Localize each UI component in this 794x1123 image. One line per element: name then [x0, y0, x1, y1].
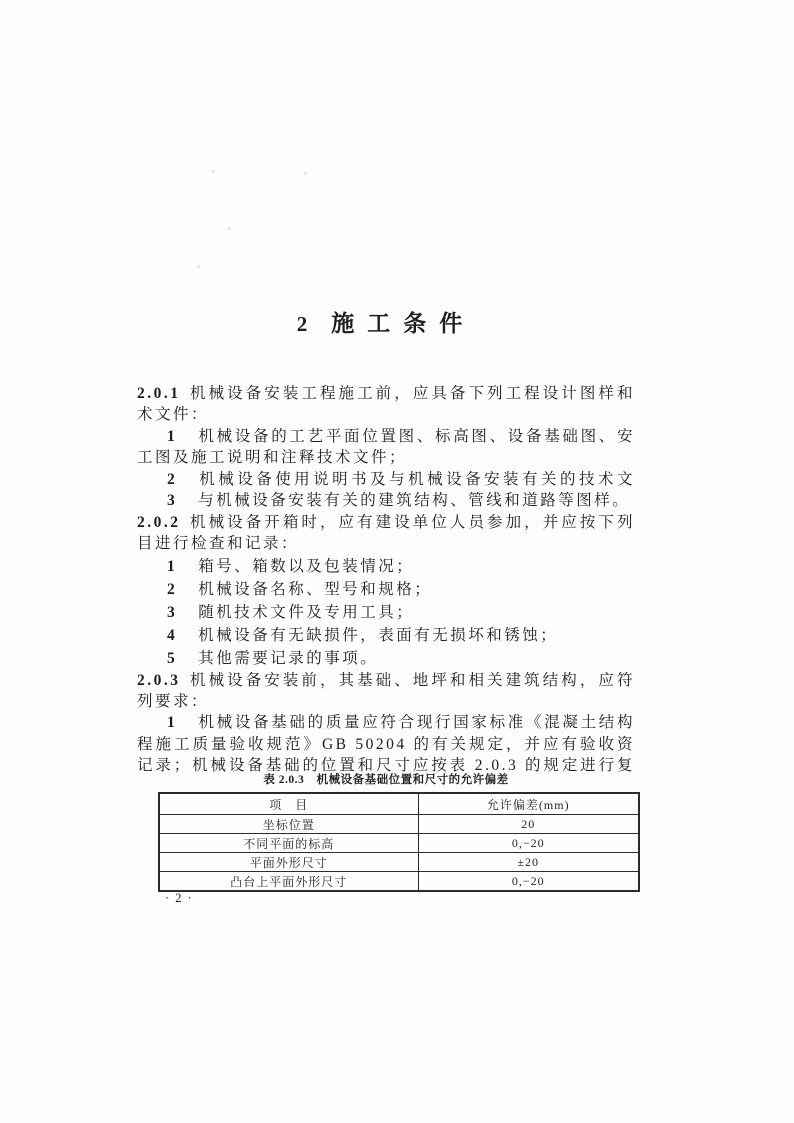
line-text: 工图及施工说明和注释技术文件； [137, 449, 407, 466]
chapter-title: 2 施工条件 [137, 310, 635, 338]
table-caption-number: 表 2.0.3 [263, 774, 304, 786]
text-line: 目进行检查和记录： [137, 533, 635, 554]
tolerance-table-body: 坐标位置20不同平面的标高0,−20平面外形尺寸±20凸台上平面外形尺寸0,−2… [159, 815, 639, 892]
column-header-item: 项 目 [159, 793, 418, 815]
text-line: 1机械设备基础的质量应符合现行国家标准《混凝土结构工 [137, 712, 635, 733]
text-line: 工图及施工说明和注释技术文件； [137, 447, 635, 468]
text-line: 1机械设备的工艺平面位置图、标高图、设备基础图、安装施 [137, 426, 635, 447]
line-text: 机械设备开箱时，应有建设单位人员参加，并应按下列项 [137, 514, 635, 533]
table-caption-text: 机械设备基础位置和尺寸的允许偏差 [317, 774, 509, 786]
item-number: 4 [167, 627, 177, 644]
text-line: 2.0.1机械设备安装工程施工前，应具备下列工程设计图样和技 [137, 383, 635, 404]
table-header-row: 项 目 允许偏差(mm) [159, 793, 639, 815]
section-number: 2.0.1 [137, 385, 181, 402]
body-text-block: 2.0.1机械设备安装工程施工前，应具备下列工程设计图样和技术文件：1机械设备的… [137, 383, 635, 777]
line-text: 机械设备安装前，其基础、地坪和相关建筑结构，应符合下 [137, 672, 635, 691]
tolerance-cell: 0,−20 [418, 872, 639, 892]
item-cell: 坐标位置 [159, 815, 418, 834]
tolerance-table: 项 目 允许偏差(mm) 坐标位置20不同平面的标高0,−20平面外形尺寸±20… [158, 792, 640, 892]
text-line: 3与机械设备安装有关的建筑结构、管线和道路等图样。 [137, 490, 635, 511]
text-line: 1箱号、箱数以及包装情况； [137, 555, 635, 578]
item-number: 2 [167, 581, 177, 598]
item-number: 1 [167, 558, 177, 575]
scan-speck [304, 172, 307, 175]
line-text: 程施工质量验收规范》GB 50204 的有关规定，并应有验收资料和 [137, 736, 635, 755]
item-cell: 不同平面的标高 [159, 834, 418, 853]
line-text: 机械设备有无缺损件，表面有无损坏和锈蚀； [198, 627, 558, 644]
text-line: 4机械设备有无缺损件，表面有无损坏和锈蚀； [137, 624, 635, 647]
text-line: 术文件： [137, 404, 635, 425]
column-header-tolerance: 允许偏差(mm) [418, 793, 639, 815]
text-line: 5其他需要记录的事项。 [137, 647, 635, 670]
item-cell: 平面外形尺寸 [159, 853, 418, 872]
item-cell: 凸台上平面外形尺寸 [159, 872, 418, 892]
line-text: 与机械设备安装有关的建筑结构、管线和道路等图样。 [198, 492, 630, 509]
line-text: 术文件： [137, 406, 209, 423]
line-text: 随机技术文件及专用工具； [198, 604, 414, 621]
scanned-document-page: 2 施工条件 2.0.1机械设备安装工程施工前，应具备下列工程设计图样和技术文件… [0, 0, 794, 1123]
scan-speck [212, 170, 215, 173]
text-line: 程施工质量验收规范》GB 50204 的有关规定，并应有验收资料和 [137, 734, 635, 755]
table-row: 坐标位置20 [159, 815, 639, 834]
line-text: 机械设备的工艺平面位置图、标高图、设备基础图、安装施 [167, 428, 635, 447]
item-number: 3 [167, 604, 177, 621]
text-line: 3随机技术文件及专用工具； [137, 601, 635, 624]
table-row: 凸台上平面外形尺寸0,−20 [159, 872, 639, 892]
text-line: 2.0.2机械设备开箱时，应有建设单位人员参加，并应按下列项 [137, 512, 635, 533]
section-number: 2.0.3 [137, 672, 181, 689]
item-number: 1 [167, 714, 177, 731]
text-line: 列要求： [137, 691, 635, 712]
page-number: · 2 · [165, 891, 193, 905]
item-number: 5 [167, 650, 177, 667]
text-line: 2机械设备名称、型号和规格； [137, 578, 635, 601]
table-row: 平面外形尺寸±20 [159, 853, 639, 872]
text-line: 2机械设备使用说明书及与机械设备安装有关的技术文件； [137, 469, 635, 490]
line-text: 目进行检查和记录： [137, 535, 299, 552]
line-text: 机械设备名称、型号和规格； [198, 581, 432, 598]
line-text: 列要求： [137, 693, 209, 710]
chapter-title-text: 施工条件 [331, 310, 475, 337]
tolerance-cell: 20 [418, 815, 639, 834]
item-number: 3 [167, 492, 177, 509]
line-text: 机械设备基础的质量应符合现行国家标准《混凝土结构工 [167, 714, 635, 733]
tolerance-cell: 0,−20 [418, 834, 639, 853]
text-line: 2.0.3机械设备安装前，其基础、地坪和相关建筑结构，应符合下 [137, 670, 635, 691]
table-row: 不同平面的标高0,−20 [159, 834, 639, 853]
tolerance-cell: ±20 [418, 853, 639, 872]
scan-speck [197, 265, 200, 268]
line-text: 机械设备使用说明书及与机械设备安装有关的技术文件； [167, 471, 635, 490]
scan-speck [228, 227, 231, 230]
item-number: 2 [167, 471, 177, 488]
line-text: 其他需要记录的事项。 [198, 650, 378, 667]
section-number: 2.0.2 [137, 514, 181, 531]
table-caption: 表 2.0.3 机械设备基础位置和尺寸的允许偏差 [137, 773, 635, 788]
line-text: 箱号、箱数以及包装情况； [198, 558, 414, 575]
line-text: 机械设备安装工程施工前，应具备下列工程设计图样和技 [137, 385, 635, 404]
item-number: 1 [167, 428, 177, 445]
chapter-number: 2 [297, 311, 308, 338]
